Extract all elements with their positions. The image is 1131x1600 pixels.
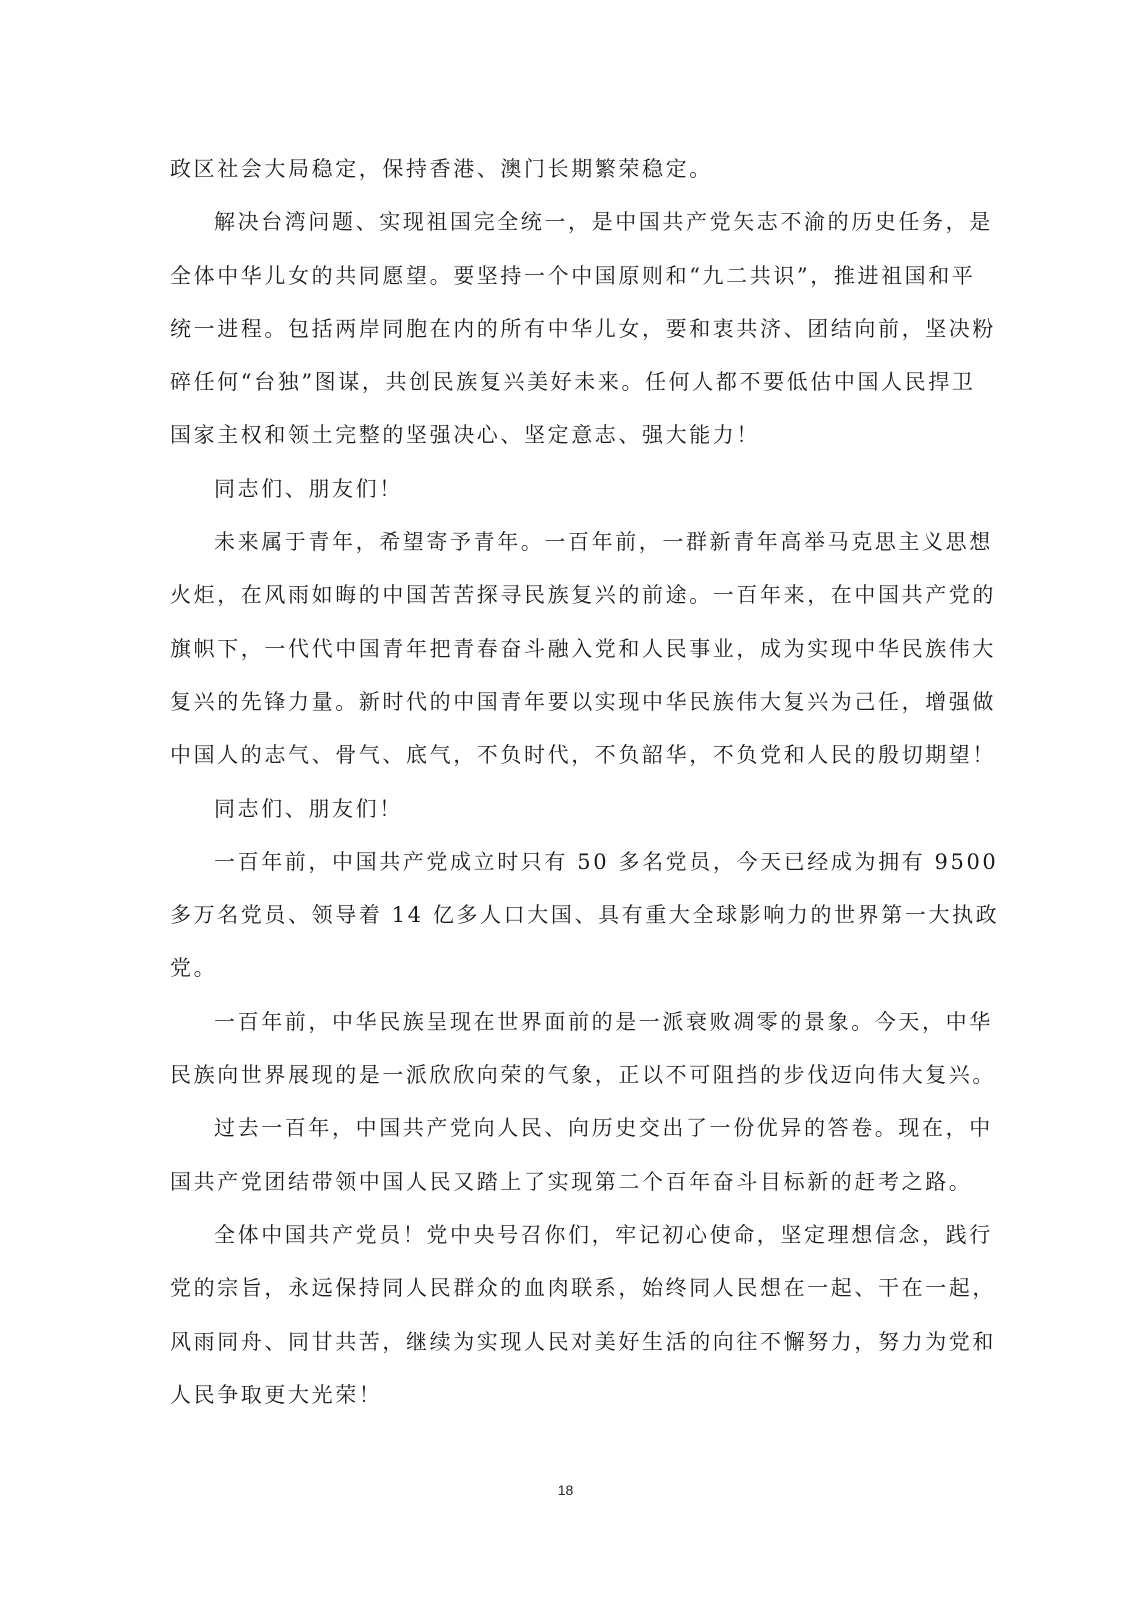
text-line: 过去一百年，中国共产党向人民、向历史交出了一份优异的答卷。现在，中 [170, 1109, 942, 1162]
text-line: 中国人的志气、骨气、底气，不负时代，不负韶华，不负党和人民的殷切期望！ [170, 736, 942, 789]
text-line: 全体中华儿女的共同愿望。要坚持一个中国原则和“九二共识”，推进祖国和平 [170, 257, 942, 310]
text-line: 统一进程。包括两岸同胞在内的所有中华儿女，要和衷共济、团结向前，坚决粉 [170, 310, 942, 363]
text-line: 碎任何“台独”图谋，共创民族复兴美好未来。任何人都不要低估中国人民捍卫 [170, 363, 942, 416]
text-line: 民族向世界展现的是一派欣欣向荣的气象，正以不可阻挡的步伐迈向伟大复兴。 [170, 1056, 942, 1109]
document-page: 政区社会大局稳定，保持香港、澳门长期繁荣稳定。 解决台湾问题、实现祖国完全统一，… [0, 0, 1131, 1600]
text-line: 国家主权和领土完整的坚强决心、坚定意志、强大能力！ [170, 416, 942, 469]
text-line: 解决台湾问题、实现祖国完全统一，是中国共产党矢志不渝的历史任务，是 [170, 203, 942, 256]
text-line: 人民争取更大光荣！ [170, 1376, 942, 1429]
text-line: 旗帜下，一代代中国青年把青春奋斗融入党和人民事业，成为实现中华民族伟大 [170, 630, 942, 683]
text-line: 政区社会大局稳定，保持香港、澳门长期繁荣稳定。 [170, 150, 942, 203]
page-number: 18 [0, 1482, 1131, 1498]
salutation-line: 同志们、朋友们！ [170, 470, 942, 523]
text-line: 风雨同舟、同甘共苦，继续为实现人民对美好生活的向往不懈努力，努力为党和 [170, 1323, 942, 1376]
text-line: 火炬，在风雨如晦的中国苦苦探寻民族复兴的前途。一百年来，在中国共产党的 [170, 576, 942, 629]
text-line: 未来属于青年，希望寄予青年。一百年前，一群新青年高举马克思主义思想 [170, 523, 942, 576]
text-line: 党。 [170, 949, 942, 1002]
text-line: 多万名党员、领导着 14 亿多人口大国、具有重大全球影响力的世界第一大执政 [170, 896, 942, 949]
text-line: 全体中国共产党员！党中央号召你们，牢记初心使命，坚定理想信念，践行 [170, 1216, 942, 1269]
text-line: 复兴的先锋力量。新时代的中国青年要以实现中华民族伟大复兴为己任，增强做 [170, 683, 942, 736]
body-text: 政区社会大局稳定，保持香港、澳门长期繁荣稳定。 解决台湾问题、实现祖国完全统一，… [170, 150, 942, 1429]
text-line: 党的宗旨，永远保持同人民群众的血肉联系，始终同人民想在一起、干在一起， [170, 1269, 942, 1322]
text-line: 一百年前，中国共产党成立时只有 50 多名党员，今天已经成为拥有 9500 [170, 843, 942, 896]
text-line: 国共产党团结带领中国人民又踏上了实现第二个百年奋斗目标新的赶考之路。 [170, 1163, 942, 1216]
text-line: 一百年前，中华民族呈现在世界面前的是一派衰败凋零的景象。今天，中华 [170, 1003, 942, 1056]
salutation-line: 同志们、朋友们！ [170, 790, 942, 843]
